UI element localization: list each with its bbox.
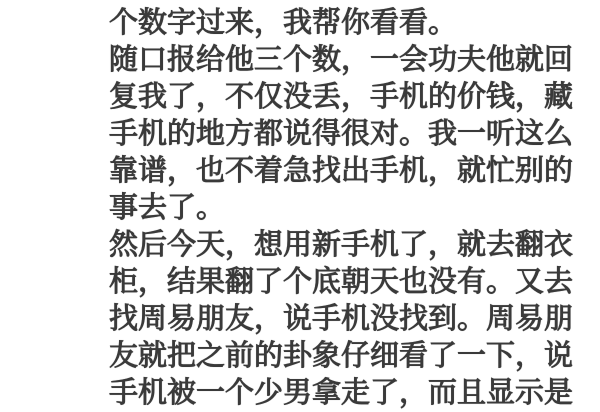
text-line: 事去了。 (109, 190, 579, 227)
text-line: 然后今天，想用新手机了，就去翻衣 (109, 227, 579, 264)
article-text-block: 个数字过来，我帮你看看。 随口报给他三个数，一会功夫他就回 复我了，不仅没丢，手… (109, 5, 579, 400)
text-line: 个数字过来，我帮你看看。 (109, 5, 579, 42)
text-line: 手机的地方都说得很对。我一听这么 (109, 116, 579, 153)
text-line: 靠谱，也不着急找出手机，就忙别的 (109, 153, 579, 190)
text-line: 随口报给他三个数，一会功夫他就回 (109, 42, 579, 79)
text-line: 找周易朋友，说手机没找到。周易朋 (109, 301, 579, 338)
text-line: 手机被一个少男拿走了，而且显示是 (109, 375, 579, 400)
text-line: 柜，结果翻了个底朝天也没有。又去 (109, 264, 579, 301)
text-line: 复我了，不仅没丢，手机的价钱，藏 (109, 79, 579, 116)
text-line: 友就把之前的卦象仔细看了一下，说 (109, 338, 579, 375)
